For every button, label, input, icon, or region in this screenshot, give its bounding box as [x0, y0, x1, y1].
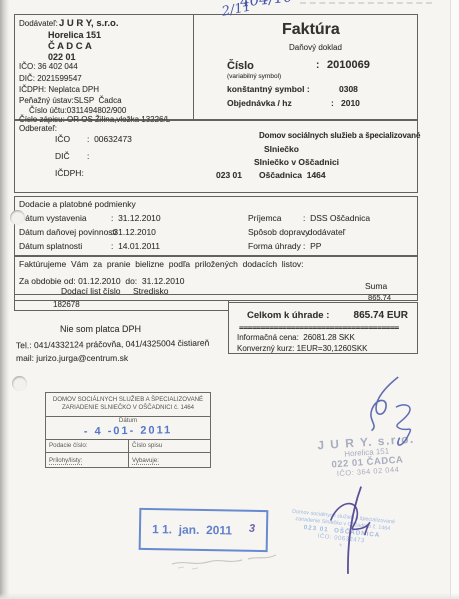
invoice-number-value: 2010069: [327, 59, 370, 71]
supplier-label: Dodávateľ:: [19, 20, 58, 29]
constant-symbol-label: konštantný symbol :: [227, 85, 310, 94]
terms-title: Dodacie a platobné podmienky: [19, 200, 136, 209]
received-stamp-org-line1: DOMOV SOCIÁLNYCH SLUŽIEB A ŠPECIALIZOVAN…: [46, 396, 210, 404]
hole-punch-bottom: [12, 376, 27, 391]
supplier-ico: IČO: 36 402 044: [19, 63, 78, 72]
column-sum: Suma: [365, 282, 387, 291]
faded-print-artifact: [300, 2, 432, 4]
customer-name-line2: Slniečko: [264, 145, 299, 154]
received-stamp-field1: Podacie číslo:: [49, 442, 88, 449]
issue-date-label: Dátum vystavenia: [19, 214, 87, 223]
items-rule: [15, 294, 417, 295]
order-colon: :: [331, 99, 334, 108]
customer-name-line1: Domov sociálnych služieb a špecializovan…: [259, 132, 420, 141]
invoice-title: Faktúra: [282, 21, 340, 39]
delivery-note-number: 182678: [53, 301, 80, 310]
phone-line: Tel.: 041/4332124 práčovňa, 041/4325004 …: [16, 339, 209, 351]
signature-recipient: [315, 480, 388, 582]
customer-dic-value: :: [87, 152, 89, 161]
order-value: 2010: [341, 99, 360, 108]
customer-zip: 023 01: [216, 171, 242, 180]
customer-dic-label: DIČ: [55, 152, 70, 161]
received-stamp-divider: [128, 440, 129, 452]
invoice-subtitle: Daňový doklad: [289, 44, 342, 53]
items-intro: Faktúrujeme Vám za pranie bielizne podľa…: [19, 260, 304, 269]
supplier-box: Dodávateľ: J U R Y, s.r.o. Horelica 151 …: [14, 14, 194, 120]
delivery-note-strip: 182678: [14, 300, 229, 311]
tax-date-label: Dátum daňovej povinnosti: [19, 228, 117, 237]
invoice-number-colon: :: [316, 60, 319, 71]
invoice-number-label: Číslo: [227, 60, 254, 72]
received-stamp-field2: Číslo spisu: [132, 442, 162, 449]
total-box: Celkom k úhrade : 865.74 EUR ===========…: [228, 302, 418, 354]
customer-icdph-label: IČDPH:: [55, 169, 84, 178]
tax-date-value: :31.12.2010: [111, 228, 156, 237]
vat-note: Nie som platca DPH: [60, 325, 141, 335]
customer-label: Odberateľ:: [19, 125, 57, 134]
date-received-stamp: 1 1. jan. 2011 3: [139, 508, 269, 552]
receiver-value: : DSS Oščadnica: [303, 214, 370, 223]
customer-ico-value: : 00632473: [87, 135, 132, 144]
invoice-number-note: (variabilný symbol): [227, 73, 281, 80]
supplier-city: Č A D C A: [48, 42, 92, 52]
scan-right-edge: [450, 0, 459, 599]
total-separator: =====================================: [239, 324, 411, 333]
transport-value: : dodávateľ: [303, 228, 345, 237]
scan-bottom-edge: [0, 593, 459, 599]
constant-symbol-value: 0308: [339, 85, 358, 94]
receiver-label: Príjemca: [248, 214, 282, 223]
due-date-value: : 14.01.2011: [111, 242, 160, 251]
supplier-street: Horelica 151: [48, 31, 101, 41]
received-stamp-field4: Vybavuje:: [132, 457, 159, 465]
scan-left-edge: [0, 0, 10, 599]
supplier-bank: Peňažný ústav:SLSP Čadca: [19, 97, 122, 106]
received-stamp-date-value: - 4 -01- 2011: [46, 424, 210, 439]
customer-address: Oščadnica 1464: [259, 171, 326, 180]
customer-ico-label: IČO: [55, 135, 70, 144]
total-label: Celkom k úhrade :: [247, 311, 329, 321]
due-date-label: Dátum splatnosti: [19, 242, 82, 251]
received-stamp-org-line2: ZARIADENIE SLNIEČKO V OŠČADNICI č. 1464: [46, 404, 210, 412]
payment-form-label: Forma úhrady: [248, 242, 301, 251]
info-price: Informačná cena: 26081.28 SKK: [237, 334, 355, 343]
terms-box: Dodacie a platobné podmienky Dátum vysta…: [14, 196, 418, 256]
received-stamp-field3: Prílohy/listy:: [49, 457, 82, 465]
customer-box: Odberateľ: IČO : 00632473 DIČ : IČDPH: D…: [14, 120, 418, 193]
email-line: mail: jurizo.jurga@centrum.sk: [16, 354, 128, 363]
invoice-header-box: Faktúra Daňový doklad Číslo : 2010069 (v…: [193, 14, 418, 120]
order-label: Objednávka / hz: [227, 99, 292, 108]
supplier-name: J U R Y, s.r.o.: [59, 19, 119, 29]
total-amount: 865.74 EUR: [354, 310, 408, 321]
payment-form-value: : PP: [303, 242, 321, 251]
received-stamp: DOMOV SOCIÁLNYCH SLUŽIEB A ŠPECIALIZOVAN…: [45, 392, 211, 468]
exchange-rate: Konverzný kurz: 1EUR=30,1260SKK: [237, 345, 368, 354]
items-box: Faktúrujeme Vám za pranie bielizne podľa…: [14, 256, 418, 301]
date-received-value: 1 1. jan. 2011: [152, 523, 232, 538]
customer-name-line3: Slniečko v Oščadnici: [254, 158, 339, 167]
items-period: Za obdobie od: 01.12.2010 do: 31.12.2010: [19, 277, 184, 286]
date-received-mark: 3: [249, 523, 255, 535]
pencil-scribble: [168, 550, 318, 572]
hole-punch-top: [10, 210, 25, 225]
supplier-dic: DIČ: 2021599547: [19, 75, 82, 84]
transport-label: Spôsob dopravy: [248, 228, 309, 237]
sum-value: 865.74: [368, 294, 391, 302]
received-stamp-divider2: [128, 453, 129, 467]
issue-date-value: : 31.12.2010: [111, 214, 161, 223]
supplier-icdph: IČDPH: Neplatca DPH: [19, 86, 99, 95]
